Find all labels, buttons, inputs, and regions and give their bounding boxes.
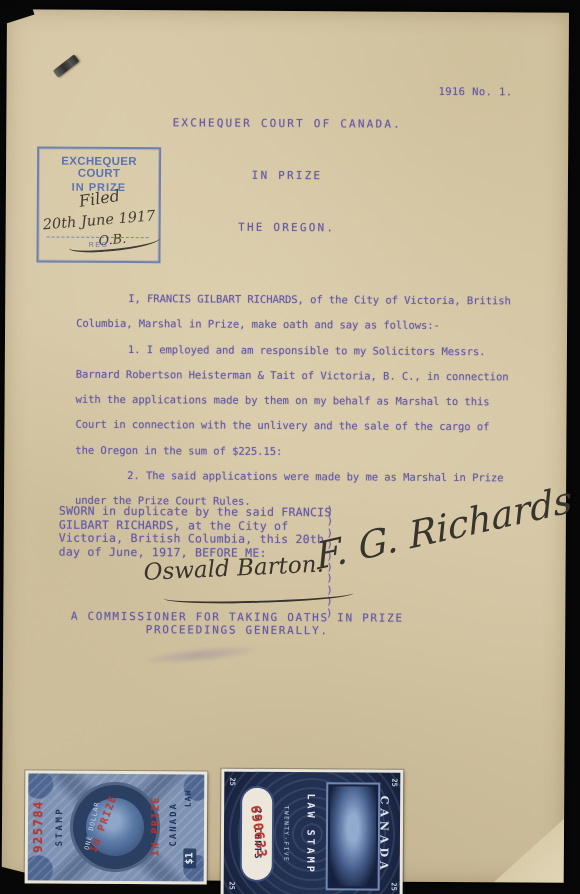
ink-smudge xyxy=(143,643,259,667)
filed-stamp-court-line: EXCHEQUER COURT xyxy=(39,155,159,180)
affidavit-line: I, FRANCIS GILBART RICHARDS, of the City… xyxy=(76,287,521,315)
affidavit-line: Columbia, Marshal in Prize, make oath an… xyxy=(76,312,521,340)
commissioner-title-line1: A COMMISSIONER FOR TAKING OATHS IN PRIZE xyxy=(53,610,421,625)
affidavit-line: Court in connection with the unlivery an… xyxy=(75,413,520,441)
filed-stamp-box: EXCHEQUER COURT IN PRIZE Filed 20th June… xyxy=(36,146,161,263)
stamp-portrait xyxy=(326,782,381,890)
docket-number: 1916 No. 1. xyxy=(438,86,512,98)
stamp-word-stamp: STAMP xyxy=(55,807,65,847)
document-photo: 1916 No. 1. EXCHEQUER COURT OF CANADA. I… xyxy=(0,0,580,894)
stamp-country: CANADA xyxy=(169,802,179,847)
affidavit-line: the Oregon in the sum of $225.15: xyxy=(75,438,520,466)
stamp-corner-numeral: 25 xyxy=(390,882,398,890)
stamp-country: CANADA xyxy=(377,796,390,874)
affidavit-line: Barnard Robertson Heisterman & Tait of V… xyxy=(76,363,521,391)
stamp-serial-number: 925784 xyxy=(31,800,45,852)
twenty-five-cent-law-stamp: 25 CENTS 690633 TWENTY-FIVE LAW STAMP CA… xyxy=(221,769,404,894)
in-prize-overprint: IN PRIZE xyxy=(150,796,161,856)
stamp-denomination: $1 xyxy=(183,848,196,868)
paper-sheet: 1916 No. 1. EXCHEQUER COURT OF CANADA. I… xyxy=(2,9,569,882)
stamp-corner-numeral: 25 xyxy=(228,777,236,785)
one-dollar-law-stamp: 925784 STAMP ONE DOLLAR CANADA LAW $1 IN… xyxy=(25,770,208,884)
court-title: EXCHEQUER COURT OF CANADA. xyxy=(6,115,568,131)
stamp-corner-numeral: 25 xyxy=(228,881,236,889)
stamp-corner-numeral: 25 xyxy=(390,778,398,786)
affidavit-line: with the applications made by them on my… xyxy=(76,388,521,416)
stamp-type: LAW STAMP xyxy=(304,794,315,875)
commissioner-title: A COMMISSIONER FOR TAKING OATHS IN PRIZE… xyxy=(53,610,421,638)
torn-corner-top-left xyxy=(2,1,35,23)
stamp-value-text: TWENTY-FIVE xyxy=(282,806,289,862)
page-fold-bottom-right xyxy=(494,818,564,882)
stamp-word-law: LAW xyxy=(184,790,193,808)
commissioner-title-line2: PROCEEDINGS GENERALLY. xyxy=(53,623,421,638)
affidavit-line: 1. I employed and am responsible to my S… xyxy=(76,337,521,365)
filed-stamp-reg-label: REG xyxy=(39,241,159,249)
staple-icon xyxy=(53,54,80,78)
handwritten-filed-date: 20th June 1917 xyxy=(42,208,156,233)
